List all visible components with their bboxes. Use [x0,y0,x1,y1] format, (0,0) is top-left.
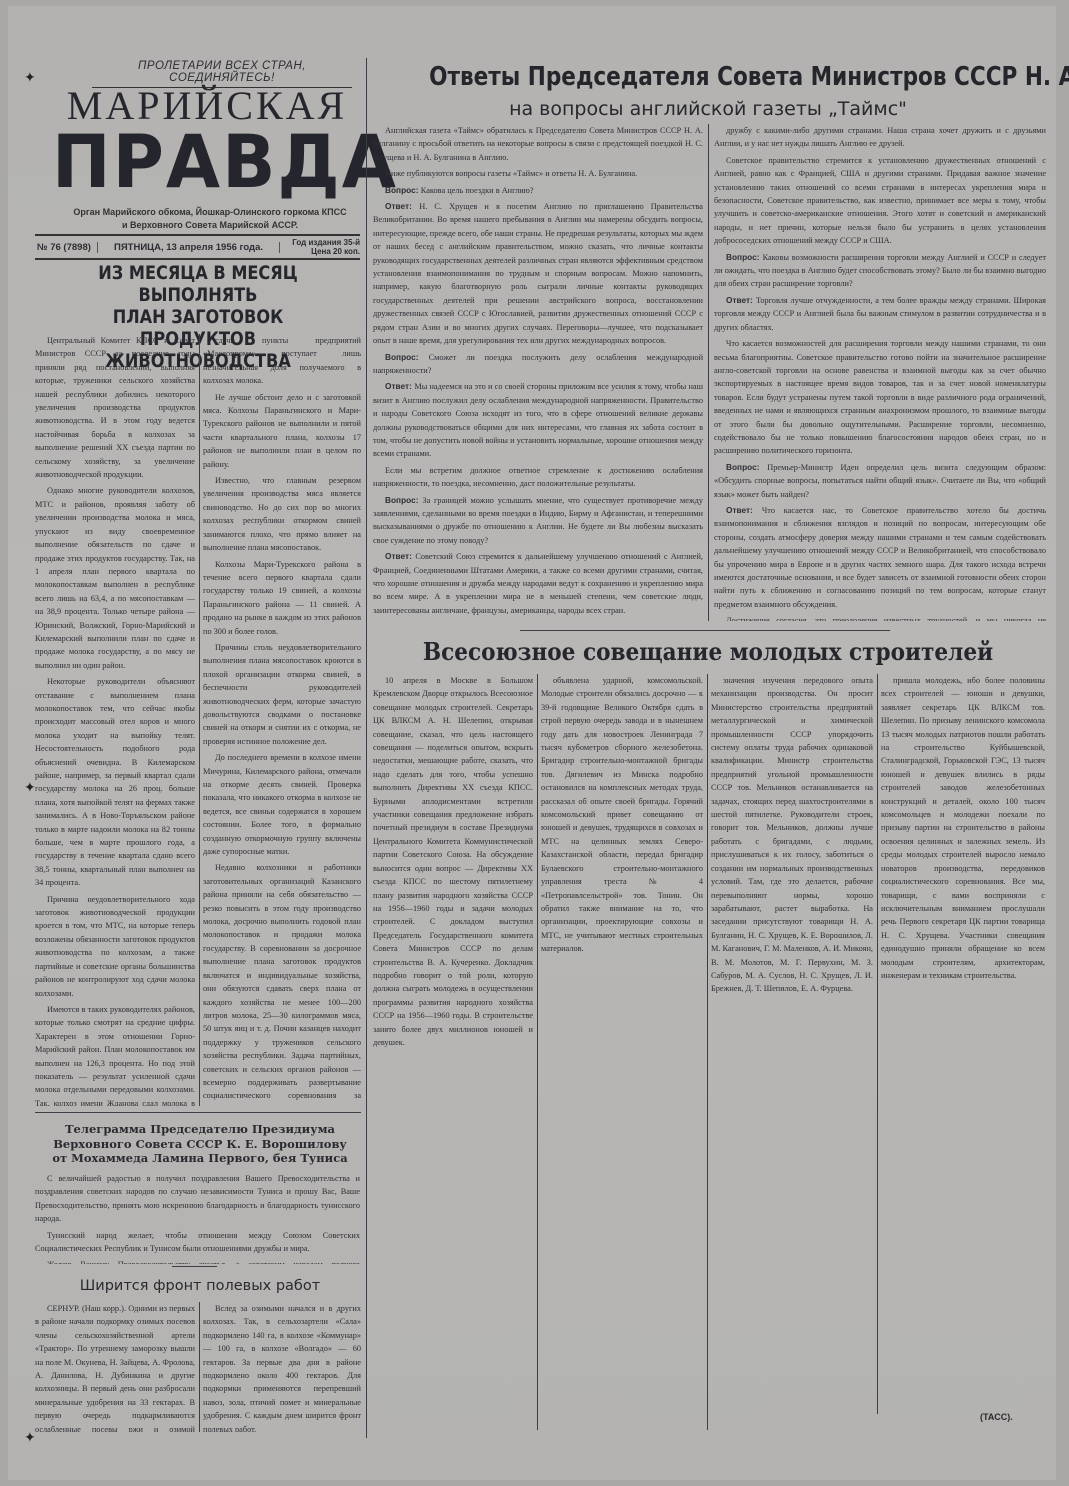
organ-line2: и Верховного Совета Марийской АССР. [60,219,360,232]
paragraph: Однако многие руководители колхозов, МТС… [35,484,195,672]
paragraph: Советское правительство стремится к уста… [714,154,1046,248]
builders-text-4: пришла молодежь, ибо более половины всех… [881,674,1045,982]
paragraph: Ниже публикуются вопросы газеты «Таймс» … [373,167,703,180]
telegram-body: С величайшей радостью я получил поздравл… [35,1172,360,1264]
paragraph: Ответ: Торговля лучше отчужденности, а т… [714,294,1046,334]
paragraph: Ответ: Что касается нас, то Советское пр… [714,504,1046,611]
section-divider [35,1112,361,1113]
short-divider [172,1266,217,1267]
column-divider [537,674,538,1430]
telegram-headline: Телеграмма Председателю Президиума Верхо… [40,1122,360,1166]
column-divider [877,674,878,1414]
binding-mark: ✦ [24,780,36,797]
paragraph: Некоторые руководители объясняют отстава… [35,675,195,890]
paragraph: Вопрос: За границей можно услышать мнени… [373,494,703,548]
field-work-text-2: Вслед за озимыми начался и в других колх… [203,1302,361,1432]
price: Цена 20 коп. [311,247,360,256]
builders-headline: Всесоюзное совещание молодых строителей [406,636,1011,668]
paragraph: дружбу с какими-либо другими странами. Н… [714,124,1046,151]
builders-text-1: 10 апреля в Москве в Большом Кремлевском… [373,674,533,1049]
paragraph: Причина неудовлетворительного хода загот… [35,893,195,1000]
binding-mark: ✦ [24,70,36,87]
telegram-headline-line3: от Мохаммеда Ламина Первого, бея Туниса [40,1151,360,1166]
field-work-column-1: СЕРНУР. (Наш корр.). Одними из первых в … [35,1302,195,1432]
column-divider [199,334,200,1106]
paragraph: Достижение согласия—это преодоление изве… [714,614,1046,621]
binding-mark: ✦ [24,1430,36,1447]
telegram-headline-line1: Телеграмма Председателю Президиума [40,1122,360,1137]
lead-column-1: Центральный Комитет КПСС и Совет Министр… [35,334,195,1106]
issue-date: ПЯТНИЦА, 13 апреля 1956 года. [97,242,280,253]
field-work-text-1: СЕРНУР. (Наш корр.). Одними из первых в … [35,1302,195,1432]
paragraph: Известно, что главным резервом увеличени… [203,474,361,554]
page-column-divider [366,58,367,1438]
paragraph: Колхозы Мари-Турекского района в течение… [203,558,361,638]
paragraph: С величайшей радостью я получил поздравл… [35,1172,360,1226]
builders-column-4: пришла молодежь, ибо более половины всех… [881,674,1045,1406]
issue-number: № 76 (7898) [35,242,97,253]
year-of-publication: Год издания 35-й [292,238,360,247]
paragraph: сдачи пункты предприятий «Маслопрома» по… [203,334,361,388]
paragraph: Тунисский народ желает, чтобы отношения … [35,1229,360,1256]
paragraph: Что касается возможностей для расширения… [714,337,1046,458]
paragraph: Центральный Комитет КПСС и Совет Министр… [35,334,195,481]
column-divider [708,124,709,621]
field-work-headline: Ширится фронт полевых работ [40,1278,360,1294]
bulganin-column-1: Английская газета «Таймс» обратилась к П… [373,124,703,621]
column-divider [199,1302,200,1432]
paragraph: Вопрос: Каковы возможности расширения то… [714,251,1046,291]
field-work-column-2: Вслед за озимыми начался и в других колх… [203,1302,361,1432]
column-divider [707,674,708,1430]
paragraph: Вопрос: Премьер-Министр Иден определил ц… [714,461,1046,501]
bulganin-subheadline: на вопросы английской газеты „Таймс" [372,96,1044,122]
paragraph: Желаю Вашему Превосходительству счастья,… [35,1258,360,1264]
builders-text-3: значения изучения передового опыта механ… [711,674,873,996]
bulganin-headline: Ответы Председателя Совета Министров ССС… [429,60,987,94]
masthead-title-line2: ПРАВДА [52,122,362,202]
paragraph: Ответ: Н. С. Хрущев и я посетим Англию п… [373,200,703,347]
telegram-headline-line2: Верховного Совета СССР К. Е. Ворошилову [40,1137,360,1152]
paragraph: Имеются в таких руководителях районов, к… [35,1003,195,1106]
lead-headline-line1: ИЗ МЕСЯЦА В МЕСЯЦ ВЫПОЛНЯТЬ [54,262,343,306]
paragraph: До последнего времени в колхозе имени Ми… [203,751,361,858]
paragraph: Неизменным принципом внешней политики Со… [373,620,703,621]
builders-text-2: объявлена ударной, комсомольской. Молоды… [541,674,703,956]
tass-signature: (ТАСС). [980,1412,1013,1422]
paragraph: Причины столь неудовлетворительного выпо… [203,641,361,748]
paragraph: Ответ: Советский Союз стремится к дальне… [373,550,703,617]
builders-column-2: объявлена ударной, комсомольской. Молоды… [541,674,703,1430]
section-divider [520,630,890,631]
paragraph: Ответ: Мы надеемся на это и со своей сто… [373,380,703,460]
builders-column-3: значения изучения передового опыта механ… [711,674,873,1430]
builders-column-1: 10 апреля в Москве в Большом Кремлевском… [373,674,533,1430]
paragraph: Недавно колхозники и работники заготовит… [203,861,361,1106]
lead-column-2: сдачи пункты предприятий «Маслопрома» по… [203,334,361,1106]
paragraph: Английская газета «Таймс» обратилась к П… [373,124,703,164]
year-price: Год издания 35-й Цена 20 коп. [280,238,360,256]
issue-info-bar: № 76 (7898) ПЯТНИЦА, 13 апреля 1956 года… [35,234,360,260]
paragraph: Если мы встретим должное ответное стремл… [373,464,703,491]
paragraph: Не лучше обстоит дело и с заготовкой мяс… [203,391,361,471]
paragraph: Вопрос: Какова цель поездки в Англию? [373,184,703,197]
masthead-organ: Орган Марийского обкома, Йошкар-Олинског… [60,206,360,232]
bulganin-column-2: дружбу с какими-либо другими странами. Н… [714,124,1046,621]
paragraph: Вопрос: Сможет ли поездка послужить делу… [373,351,703,378]
organ-line1: Орган Марийского обкома, Йошкар-Олинског… [60,206,360,219]
